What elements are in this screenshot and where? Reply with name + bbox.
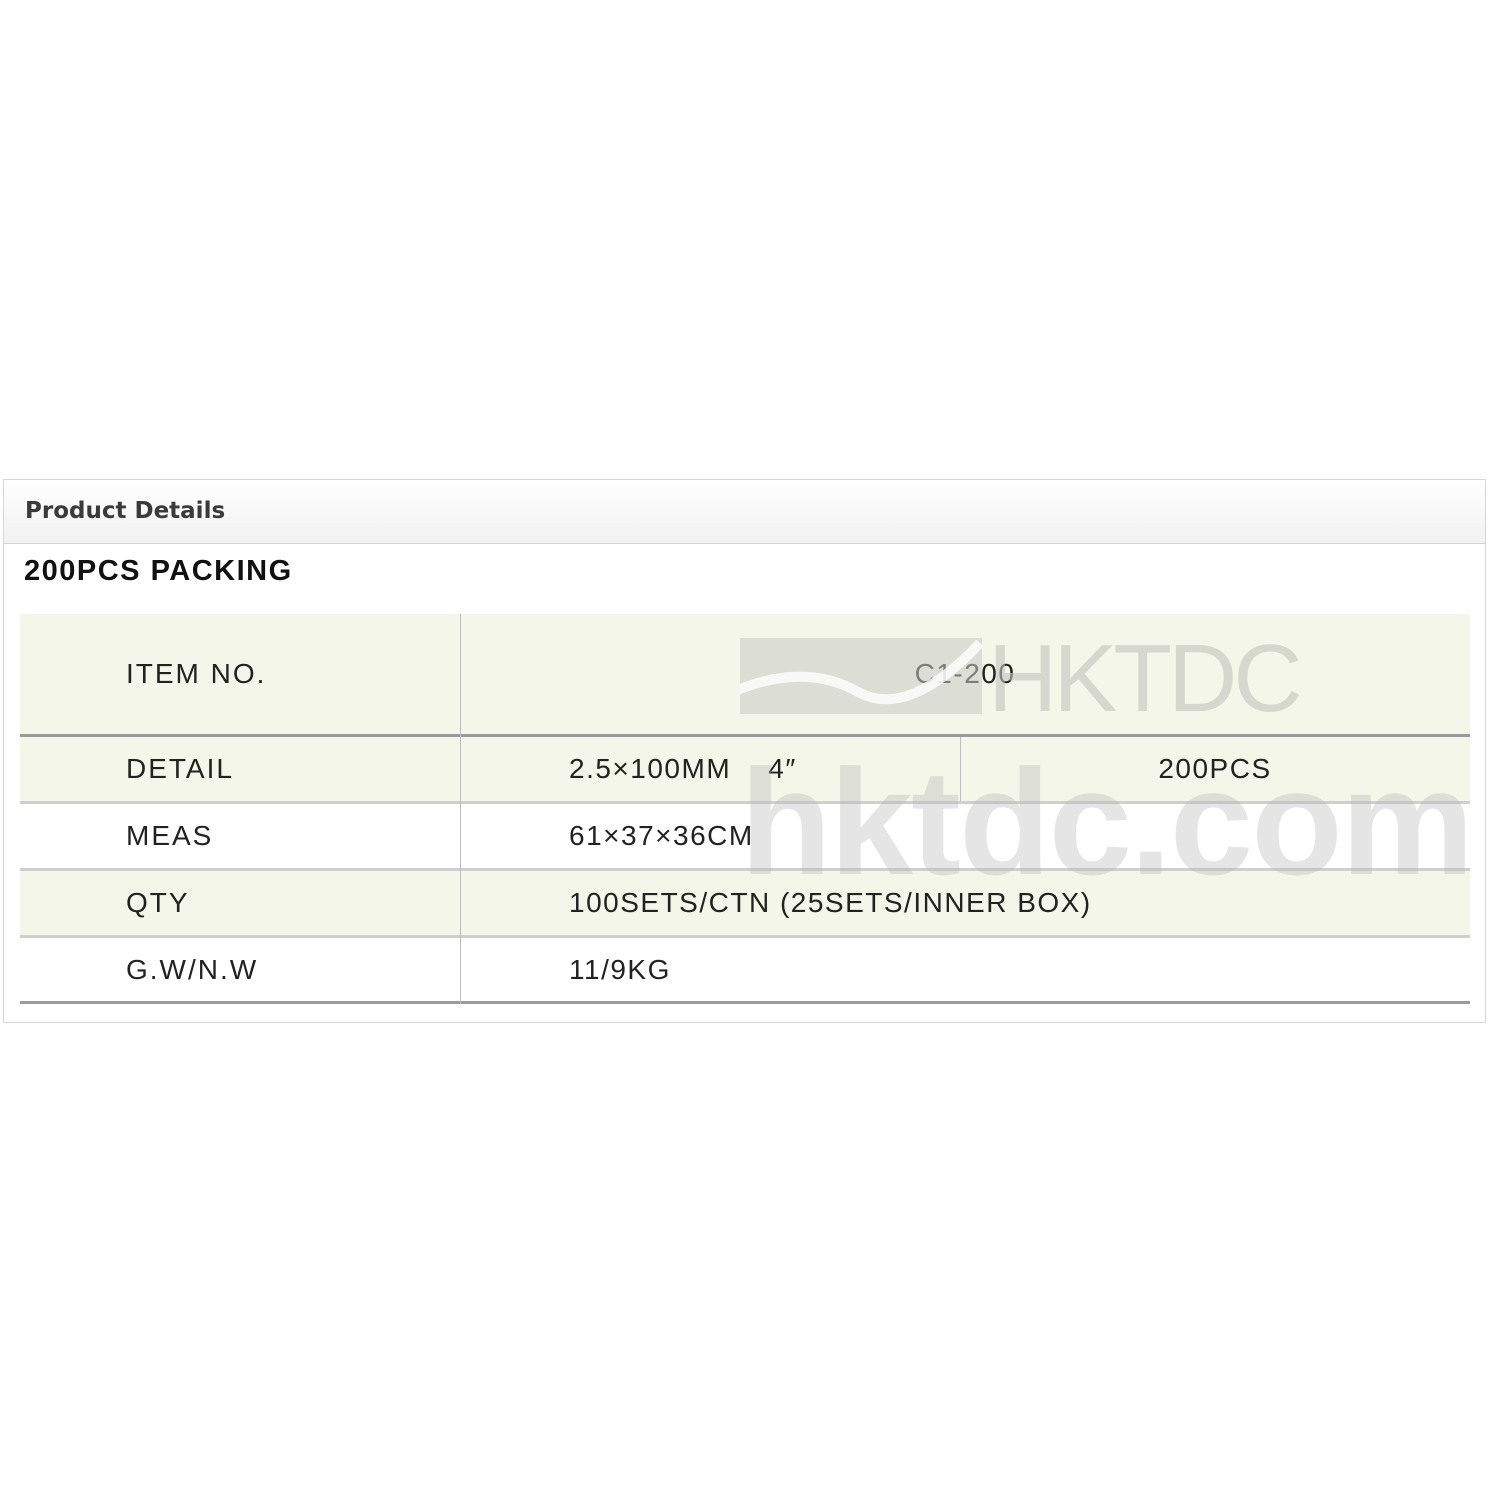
table-row-detail: DETAIL 2.5×100MM 4″ 200PCS [20,737,1470,804]
column-divider [460,737,461,804]
row-label: G.W/N.W [126,954,258,986]
column-divider [460,938,461,1004]
table-row-weight: G.W/N.W 11/9KG [20,938,1470,1004]
row-value: C1-200 [460,658,1470,690]
table-row-meas: MEAS 61×37×36CM [20,804,1470,871]
packing-table: ITEM NO. C1-200 DETAIL 2.5×100MM 4″ 200P… [20,614,1470,1004]
row-label: ITEM NO. [126,658,266,690]
row-value: 100SETS/CTN (25SETS/INNER BOX) [569,887,1092,919]
row-value: 61×37×36CM [569,820,754,852]
table-row-qty: QTY 100SETS/CTN (25SETS/INNER BOX) [20,871,1470,938]
row-value: 2.5×100MM 4″ [569,753,797,785]
row-value: 11/9KG [569,954,671,986]
row-label: MEAS [126,820,213,852]
column-divider [460,804,461,871]
row-label: DETAIL [126,753,234,785]
panel-header: Product Details [4,480,1485,544]
row-label: QTY [126,887,190,919]
packing-heading: 200PCS PACKING [24,555,293,588]
panel-title: Product Details [25,498,225,524]
row-value-secondary: 200PCS [960,753,1470,785]
product-details-panel: Product Details 200PCS PACKING ITEM NO. … [3,479,1486,1023]
column-divider [460,871,461,938]
table-row-item-no: ITEM NO. C1-200 [20,614,1470,737]
